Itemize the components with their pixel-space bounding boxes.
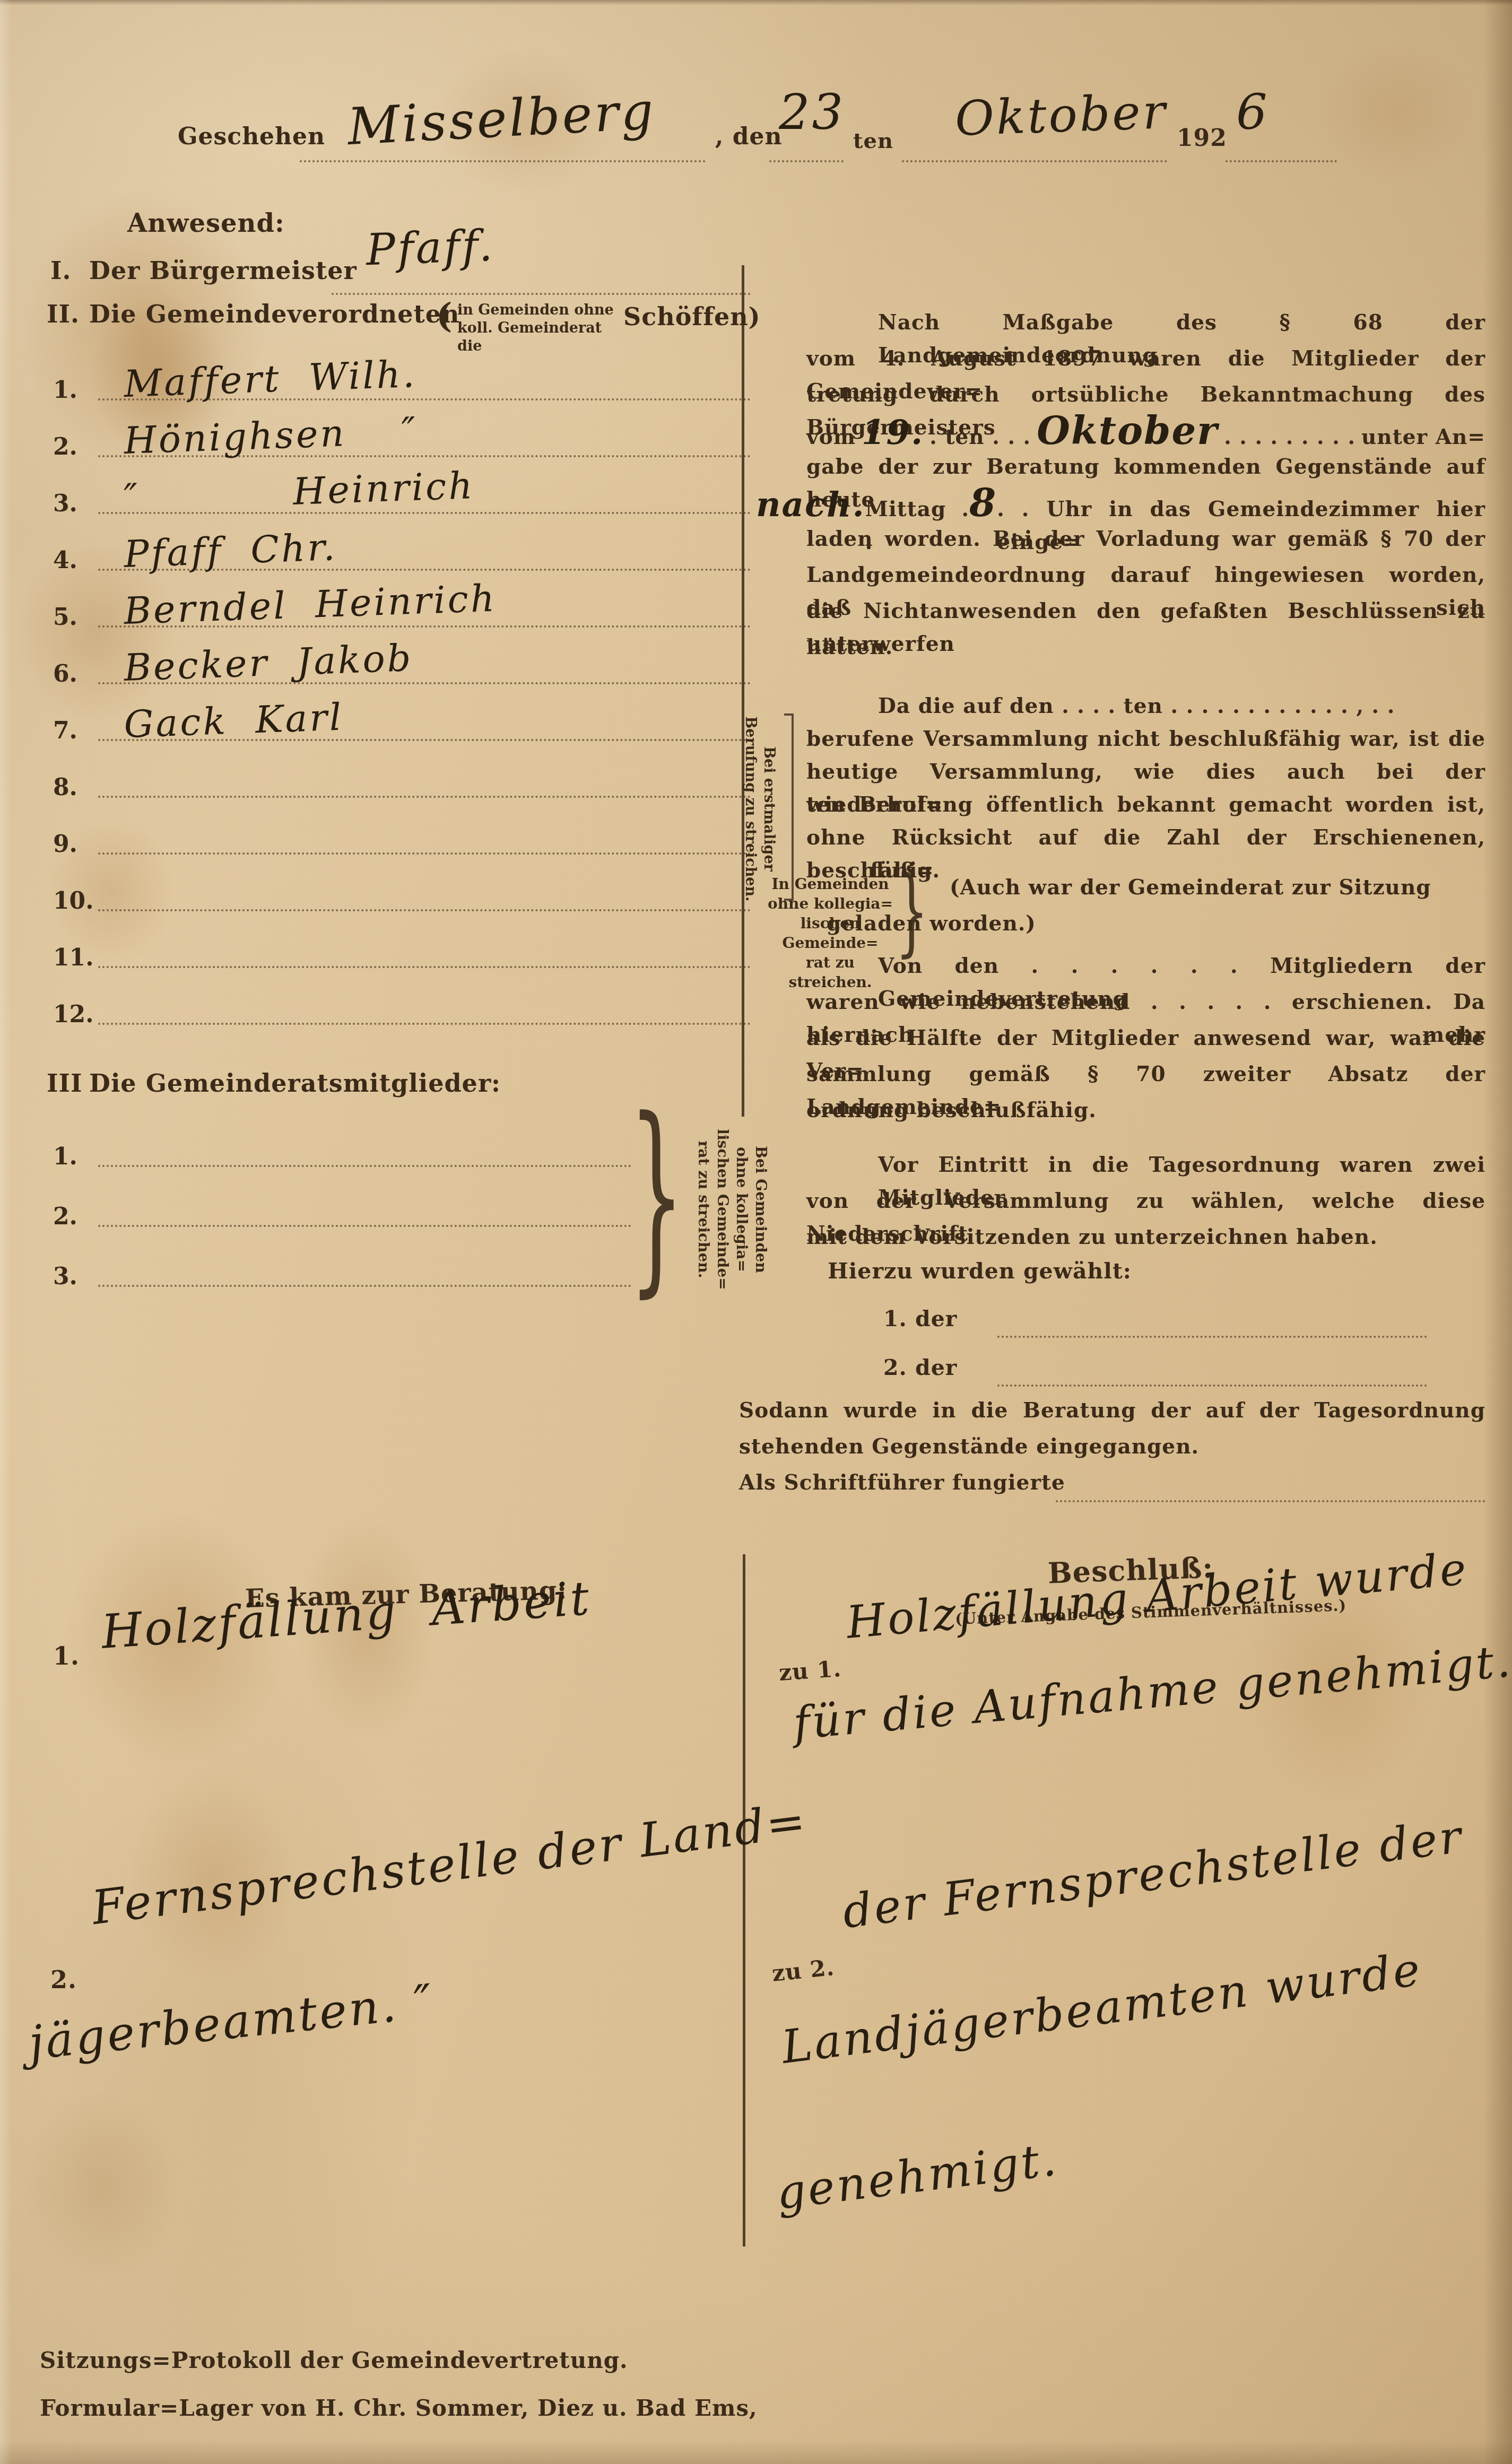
council-row: 1. (53, 1135, 631, 1173)
body-line: laden worden. Bei der Vorladung war gemä… (806, 523, 1485, 559)
gemeinderatsmitglieder-heading: Die Gemeinderatsmitglieder: (89, 1069, 501, 1098)
schriftfuehrer-label: Als Schriftführer fungierte (739, 1470, 1065, 1495)
body-line: vom 4. August 1897 waren die Mitglieder … (806, 342, 1485, 378)
attendee-name-handwriting: Berndel Heinrich (123, 577, 497, 633)
attendee-number: 6. (53, 660, 77, 687)
gewaehlt-item-1-fill (997, 1310, 1427, 1338)
paper-stain (1316, 42, 1475, 180)
attendee-number: 5. (53, 604, 77, 631)
buergermeister-label: Der Bürgermeister (89, 256, 357, 285)
body-line: berufene Versammlung nicht beschlußfähig… (806, 722, 1485, 755)
beschluss-zu1-handwriting-line2: für die Aufnahme genehmigt. (791, 1635, 1512, 1749)
body-line: ten Berufung öffentlich bekannt gemacht … (806, 788, 1485, 821)
date-month-handwriting: Oktober (954, 84, 1168, 147)
page-edge-right (1483, 0, 1512, 2464)
attendee-name-handwriting: Gack Karl (123, 695, 344, 746)
attendee-name-handwriting: Pfaff Chr. (123, 525, 337, 576)
attendee-number: 4. (53, 547, 77, 574)
attendee-row: 1.Maffert Wilh. (53, 369, 751, 407)
attendee-number: 9. (53, 831, 77, 858)
body-line: Von den . . . . . . Mitgliedern der Geme… (806, 950, 1485, 986)
body-line: waren wie nebenstehend . . . . . erschie… (806, 986, 1485, 1022)
attendee-name-handwriting: Becker Jakob (123, 636, 414, 690)
attendee-number: 12. (53, 1001, 94, 1028)
council-number: 1. (53, 1143, 77, 1170)
body-line: als die Hälfte der Mitglieder anwesend w… (806, 1022, 1485, 1058)
attendee-row: 6.Becker Jakob (53, 652, 751, 691)
auch-line-1: (Auch war der Gemeinderat zur Sitzung (950, 875, 1431, 900)
council-row: 3. (53, 1255, 631, 1293)
attendee-number: 8. (53, 774, 77, 801)
attendee-name-handwriting: Hönighsen ″ (123, 409, 419, 463)
beratung-item-2-handwriting-line1: Fernsprechstelle der Land= (89, 1793, 810, 1935)
attendee-number: 11. (53, 944, 94, 971)
body-line: Vor Eintritt in die Tagesordnung waren z… (806, 1148, 1485, 1185)
buergermeister-name-handwriting: Pfaff. (365, 221, 495, 275)
council-number: 3. (53, 1263, 77, 1290)
attendee-row: 2.Hönighsen ″ (53, 425, 751, 464)
attendee-row: 8. (53, 766, 751, 804)
attendee-row: 5.Berndel Heinrich (53, 596, 751, 634)
body-line-time: nach. Mittag . . 8 . . Uhr in das Gemein… (806, 486, 1485, 523)
paren-small-note: in Gemeinden ohne koll. Gemeinderat die (457, 301, 622, 355)
notice-day-handwriting: 19. (862, 416, 924, 449)
sodann-line-2: stehenden Gegenstände eingegangen. (739, 1434, 1199, 1459)
roman-numeral-two: II. (47, 300, 80, 328)
gemeindeverordneten-label: Die Gemeindeverordneten (89, 300, 459, 328)
council-margin-note: Bei Gemeinden ohne kollegia= lischen Gem… (653, 1125, 812, 1294)
gewaehlt-item-2-label: 2. der (883, 1355, 957, 1380)
roman-numeral-one: I. (50, 256, 72, 285)
beschluss-zu2-handwriting-line2: Landjägerbeamten wurde (779, 1943, 1425, 2074)
fill-in-line (98, 1225, 631, 1227)
council-row: 2. (53, 1195, 631, 1233)
decision-column-divider (743, 1554, 745, 2247)
footer-title: Sitzungs=Protokoll der Gemeindevertretun… (40, 2347, 628, 2373)
attendee-number: 1. (53, 377, 77, 404)
attendee-row: 3.″ Heinrich (53, 482, 751, 520)
beratung-item-2-number: 2. (50, 1965, 77, 1994)
body-line: ordnung beschlußfähig. (806, 1094, 1485, 1130)
anwesend-heading: Anwesend: (127, 208, 285, 238)
notice-month-handwriting: Oktober (1037, 414, 1218, 447)
body-paragraph-1: Nach Maßgabe des § 68 der Landgemeindeor… (806, 306, 1485, 667)
page-edge-left (0, 0, 12, 2464)
schriftfuehrer-fill (1056, 1475, 1485, 1502)
body-line: von der Versammlung zu wählen, welche di… (806, 1185, 1485, 1221)
beschluss-zu2-handwriting-line1: der Fernsprechstelle der (840, 1810, 1466, 1939)
fill-in-line (98, 909, 751, 911)
page-edge-bottom (0, 2440, 1512, 2464)
beschluss-zu2-label: zu 2. (771, 1954, 836, 1987)
body-line: Nach Maßgabe des § 68 der Landgemeindeor… (806, 306, 1485, 342)
body-line: Da die auf den . . . . ten . . . . . . .… (806, 690, 1485, 722)
footer-printer: Formular=Lager von H. Chr. Sommer, Diez … (40, 2395, 758, 2421)
beratung-item-2-handwriting-line2: jägerbeamten. ″ (26, 1973, 437, 2070)
attendee-row: 7.Gack Karl (53, 709, 751, 747)
beratung-item-1-number: 1. (53, 1642, 80, 1670)
body-line: gabe der zur Beratung kommenden Gegenstä… (806, 450, 1485, 486)
attendee-row: 10. (53, 880, 751, 918)
fill-in-line (98, 1285, 631, 1287)
attendee-row: 4.Pfaff Chr. (53, 539, 751, 577)
beschluss-zu2-handwriting-line3: genehmigt. (774, 2133, 1061, 2220)
roman-numeral-three: III (47, 1069, 83, 1098)
attendee-number: 2. (53, 433, 77, 460)
gewaehlt-heading: Hierzu wurden gewählt: (828, 1258, 1132, 1284)
council-number: 2. (53, 1203, 77, 1230)
ten-label: ten (853, 128, 893, 153)
auch-line-2: geladen worden.) (827, 911, 1036, 936)
gewaehlt-item-1-label: 1. der (883, 1306, 957, 1331)
attendee-name-handwriting: Maffert Wilh. (123, 352, 417, 406)
beschluss-zu1-label: zu 1. (778, 1656, 842, 1686)
paper-stain (21, 2090, 180, 2281)
paren-open: ( (436, 296, 453, 336)
year-digit-handwriting: 6 (1236, 84, 1270, 141)
attendee-number: 3. (53, 490, 77, 517)
body-paragraph-4: Vor Eintritt in die Tagesordnung waren z… (806, 1148, 1485, 1257)
page-edge-top (0, 0, 1512, 5)
body-line: mit dem Vorsitzenden zu unterzeichnen ha… (806, 1221, 1485, 1257)
body-line: heutige Versammlung, wie dies auch bei d… (806, 755, 1485, 788)
protocol-document-page: Geschehen Misselberg , den 23 ten Oktobe… (0, 0, 1512, 2464)
margin-note-bracket (784, 713, 794, 901)
hour-handwriting: 8 (969, 486, 997, 519)
sodann-line-1: Sodann wurde in die Beratung der auf der… (739, 1398, 1485, 1423)
attendee-name-handwriting: ″ Heinrich (123, 464, 475, 519)
body-line: Landgemeindeordnung darauf hingewiesen w… (806, 559, 1485, 595)
year-fill-line (1226, 133, 1337, 162)
body-line-date: vom 19. . ten . . . Oktober . . . . . . … (806, 414, 1485, 450)
column-rule (742, 265, 744, 1117)
gewaehlt-item-2-fill (997, 1359, 1427, 1387)
day-fill-line (769, 133, 844, 162)
schoeffen-label: Schöffen) (623, 302, 760, 331)
fill-in-line (98, 796, 751, 798)
date-day-handwriting: 23 (779, 84, 845, 141)
attendee-number: 7. (53, 717, 77, 744)
fill-in-line (98, 852, 751, 855)
fill-in-line (98, 966, 751, 968)
fill-in-line (98, 1165, 631, 1167)
body-paragraph-3: Von den . . . . . . Mitgliedern der Geme… (806, 950, 1485, 1130)
body-line: sammlung gemäß § 70 zweiter Absatz der L… (806, 1058, 1485, 1094)
daytime-handwriting: nach. (756, 489, 865, 521)
body-line: die Nichtanwesenden den gefaßten Beschlü… (806, 595, 1485, 631)
attendee-number: 10. (53, 887, 94, 915)
year-prefix: 192 (1177, 125, 1227, 152)
attendee-row: 9. (53, 823, 751, 861)
